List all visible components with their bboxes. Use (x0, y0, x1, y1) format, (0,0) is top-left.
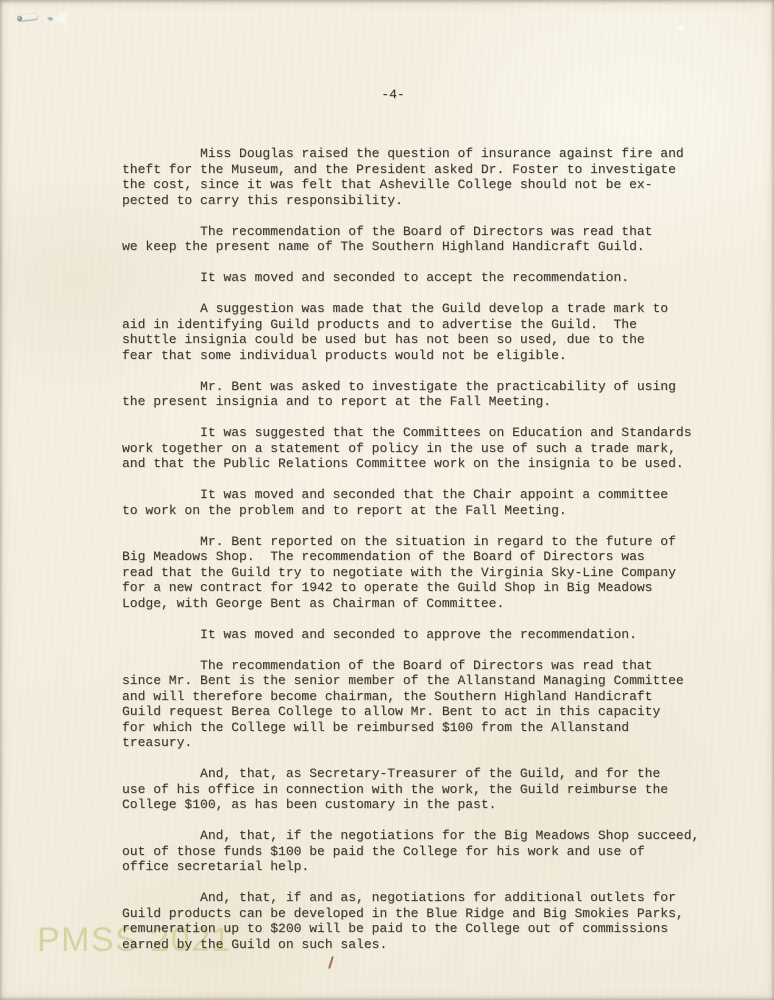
page-number: -4- (0, 87, 774, 103)
paragraph: The recommendation of the Board of Direc… (122, 658, 699, 751)
staple-mark-left (17, 13, 39, 21)
paragraph: It was moved and seconded to approve the… (122, 627, 699, 643)
staple-mark-right (46, 12, 69, 27)
paragraph: And, that, if and as, negotiations for a… (122, 890, 699, 952)
document-body: Miss Douglas raised the question of insu… (122, 146, 699, 968)
paragraph: It was suggested that the Committees on … (122, 425, 699, 472)
paragraph: Miss Douglas raised the question of insu… (122, 146, 699, 208)
paper-fleck (676, 26, 685, 30)
paragraph: A suggestion was made that the Guild dev… (122, 301, 699, 363)
paragraph: It was moved and seconded that the Chair… (122, 487, 699, 518)
paragraph: It was moved and seconded to accept the … (122, 270, 699, 286)
paragraph: And, that, as Secretary-Treasurer of the… (122, 766, 699, 813)
paragraph: Mr. Bent reported on the situation in re… (122, 534, 699, 612)
scanned-document-page: -4- PMSS 2021 Miss Douglas raised the qu… (0, 0, 774, 1000)
paragraph: And, that, if the negotiations for the B… (122, 828, 699, 875)
staple-hole-icon (17, 15, 22, 20)
paragraph: Mr. Bent was asked to investigate the pr… (122, 379, 699, 410)
paragraph: The recommendation of the Board of Direc… (122, 224, 699, 255)
